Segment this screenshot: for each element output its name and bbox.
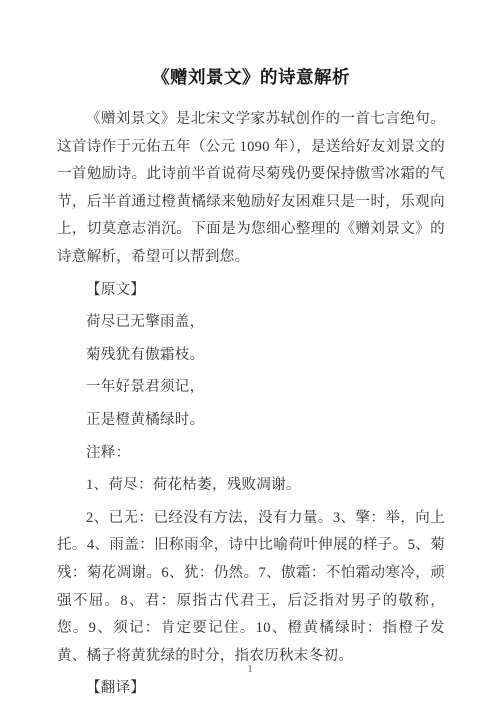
document-page: 《赠刘景文》的诗意解析 《赠刘景文》是北宋文学家苏轼创作的一首七言绝句。这首诗作… (0, 0, 500, 707)
section-label-original: 【原文】 (57, 277, 445, 305)
poem-line-1: 荷尽已无擎雨盖， (57, 309, 445, 337)
notes-heading: 注释： (57, 440, 445, 468)
intro-paragraph: 《赠刘景文》是北宋文学家苏轼创作的一首七言绝句。这首诗作于元佑五年（公元 109… (57, 106, 445, 272)
section-label-translation: 【翻译】 (57, 675, 445, 703)
poem-line-2: 菊残犹有傲霜枝。 (57, 342, 445, 370)
note-items-2-10: 2、已无：已经没有方法，没有力量。3、擎：举，向上托。4、雨盖：旧称雨伞，诗中比… (57, 505, 445, 671)
document-title: 《赠刘景文》的诗意解析 (57, 64, 445, 90)
page-number: 1 (0, 663, 500, 675)
note-item-1: 1、荷尽：荷花枯萎，残败凋谢。 (57, 472, 445, 500)
poem-line-4: 正是橙黄橘绿时。 (57, 407, 445, 435)
poem-line-3: 一年好景君须记， (57, 374, 445, 402)
